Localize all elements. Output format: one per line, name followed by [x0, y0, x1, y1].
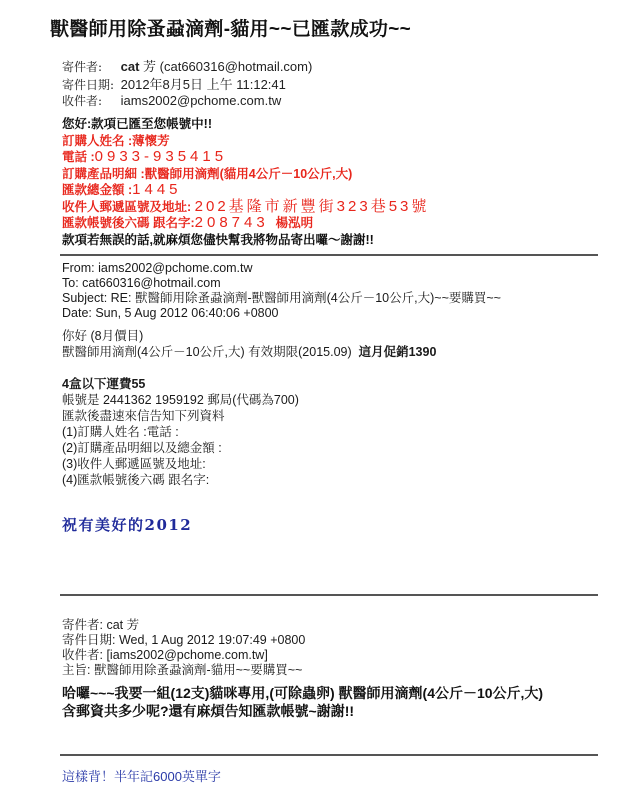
- date-row: 寄件日期: 2012年8月5日 上午 11:12:41: [62, 74, 286, 93]
- payment-notice: 您好:款項已匯至您帳號中!! 訂購人姓名 :薄懷芳 電話 :0933-93541…: [62, 116, 429, 248]
- original-from: 寄件者: cat 芳: [62, 618, 305, 633]
- recipient-label: 收件者:: [62, 92, 117, 109]
- recipient-value: iams2002@pchome.com.tw: [121, 93, 282, 108]
- sender-label: 寄件者:: [62, 58, 117, 75]
- signature: 祝有美好的2012: [62, 514, 192, 535]
- sender-name: cat: [121, 59, 140, 74]
- info-item: (3)收件人郵遞區號及地址:: [62, 456, 436, 472]
- reply-subject: Subject: RE: 獸醫師用除蚤蝨滴劑-獸醫師用滴劑(4公斤－10公斤,大…: [62, 291, 501, 306]
- instruction: 匯款後盡速來信告知下列資料: [62, 408, 436, 424]
- date-value: 2012年8月5日 上午 11:12:41: [121, 77, 286, 92]
- original-header: 寄件者: cat 芳 寄件日期: Wed, 1 Aug 2012 19:07:4…: [62, 618, 305, 678]
- info-item: (2)訂購產品明細以及總金額 :: [62, 440, 436, 456]
- date-label: 寄件日期:: [62, 76, 117, 93]
- message-line: 哈囉~~~我要一組(12支)貓咪專用,(可除蟲卵) 獸醫師用滴劑(4公斤－10公…: [62, 684, 543, 702]
- original-date: 寄件日期: Wed, 1 Aug 2012 19:07:49 +0800: [62, 633, 305, 648]
- divider: [60, 254, 598, 256]
- info-item: (4)匯款帳號後六碼 跟名字:: [62, 472, 436, 488]
- sender-address: 芳 (cat660316@hotmail.com): [143, 59, 312, 74]
- address-line: 收件人郵遞區號及地址: 202基隆市新豐街323巷53號: [62, 199, 429, 216]
- reply-greeting: 你好 (8月價目): [62, 328, 436, 344]
- product-line: 訂購產品明細 :獸醫師用滴劑(貓用4公斤－10公斤,大): [62, 166, 429, 183]
- email-title: 獸醫師用除蚤蝨滴劑-貓用~~已匯款成功~~: [50, 14, 411, 41]
- sender-row: 寄件者: cat 芳 (cat660316@hotmail.com): [62, 56, 312, 75]
- notice-greeting: 您好:款項已匯至您帳號中!!: [62, 116, 429, 133]
- bank-account: 帳號是 2441362 1959192 郵局(代碼為700): [62, 392, 436, 408]
- reply-product: 獸醫師用滴劑(4公斤－10公斤,大) 有效期限(2015.09) 這月促銷139…: [62, 344, 436, 360]
- reply-header: From: iams2002@pchome.com.tw To: cat6603…: [62, 261, 501, 321]
- shipping-fee: 4盒以下運費55: [62, 376, 436, 392]
- promo-price: 這月促銷1390: [359, 345, 437, 359]
- message-line: 含郵資共多少呢?還有麻煩告知匯款帳號~謝謝!!: [62, 702, 543, 720]
- divider: [60, 594, 598, 596]
- divider: [60, 754, 598, 756]
- original-message: 哈囉~~~我要一組(12支)貓咪專用,(可除蟲卵) 獸醫師用滴劑(4公斤－10公…: [62, 684, 543, 720]
- buyer-name-line: 訂購人姓名 :薄懷芳: [62, 133, 429, 150]
- notice-closing: 款項若無誤的話,就麻煩您儘快幫我將物品寄出囉～謝謝!!: [62, 232, 429, 249]
- account-line: 匯款帳號後六碼 跟名字:208743 楊泓明: [62, 215, 429, 232]
- ad-link[interactable]: 這樣背！半年記6000英單字: [62, 766, 221, 785]
- original-subject: 主旨: 獸醫師用除蚤蝨滴劑-貓用~~要購買~~: [62, 663, 305, 678]
- info-item: (1)訂購人姓名 :電話 :: [62, 424, 436, 440]
- reply-to: To: cat660316@hotmail.com: [62, 276, 501, 291]
- reply-body: 你好 (8月價目) 獸醫師用滴劑(4公斤－10公斤,大) 有效期限(2015.0…: [62, 328, 436, 488]
- recipient-row: 收件者: iams2002@pchome.com.tw: [62, 92, 281, 109]
- original-to: 收件者: [iams2002@pchome.com.tw]: [62, 648, 305, 663]
- total-line: 匯款總金額 :1445: [62, 182, 429, 199]
- reply-date: Date: Sun, 5 Aug 2012 06:40:06 +0800: [62, 306, 501, 321]
- phone-line: 電話 :0933-935415: [62, 149, 429, 166]
- reply-from: From: iams2002@pchome.com.tw: [62, 261, 501, 276]
